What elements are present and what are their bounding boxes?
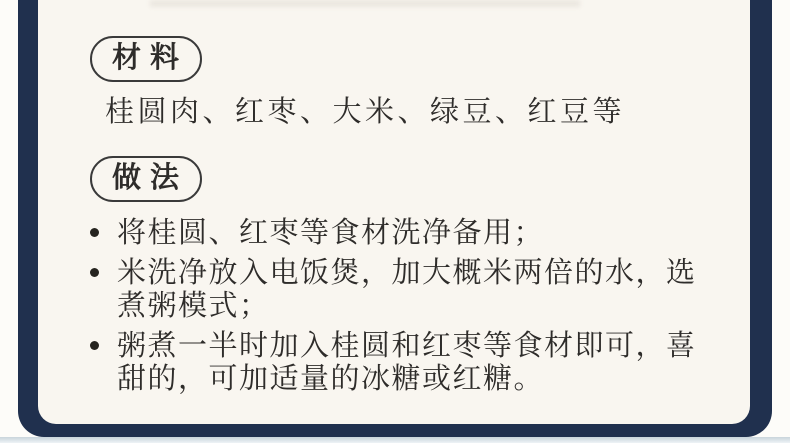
method-step: 米洗净放入电饭煲，加大概米两倍的水，选 煮粥模式； <box>90 257 730 323</box>
materials-section: 材料 桂圆肉、红枣、大米、绿豆、红豆等 <box>90 36 730 129</box>
method-badge: 做法 <box>90 156 202 202</box>
step-line: 米洗净放入电饭煲，加大概米两倍的水，选 <box>117 257 730 290</box>
step-line: 甜的，可加适量的冰糖或红糖。 <box>117 363 730 396</box>
materials-content: 桂圆肉、红枣、大米、绿豆、红豆等 <box>105 96 730 129</box>
materials-badge: 材料 <box>90 36 202 82</box>
recipe-content: 材料 桂圆肉、红枣、大米、绿豆、红豆等 做法 将桂圆、红枣等食材洗净备用； 米洗… <box>38 0 750 403</box>
bullet-icon <box>90 228 99 237</box>
bullet-icon <box>90 341 99 350</box>
method-step: 粥煮一半时加入桂圆和红枣等食材即可，喜 甜的，可加适量的冰糖或红糖。 <box>90 330 730 396</box>
method-step: 将桂圆、红枣等食材洗净备用； <box>90 217 730 250</box>
method-section: 做法 将桂圆、红枣等食材洗净备用； 米洗净放入电饭煲，加大概米两倍的水，选 煮粥… <box>90 156 730 396</box>
method-steps-list: 将桂圆、红枣等食材洗净备用； 米洗净放入电饭煲，加大概米两倍的水，选 煮粥模式；… <box>90 217 730 396</box>
bullet-icon <box>90 268 99 277</box>
step-line: 将桂圆、红枣等食材洗净备用； <box>117 217 730 250</box>
step-line: 粥煮一半时加入桂圆和红枣等食材即可，喜 <box>117 330 730 363</box>
page-background: { "card": { "materials": { "badge_label"… <box>0 0 790 443</box>
bottom-strip <box>0 437 790 443</box>
step-line: 煮粥模式； <box>117 290 730 323</box>
